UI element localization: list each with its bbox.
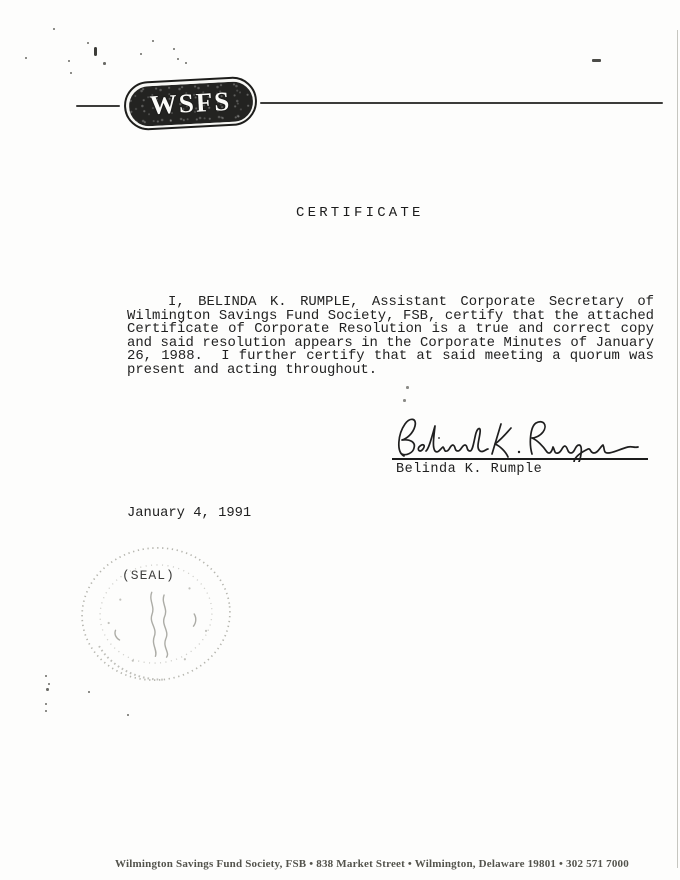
scan-speckle <box>48 683 50 685</box>
page-edge-line <box>677 30 678 868</box>
scan-speckle <box>403 399 406 402</box>
scan-speckle <box>406 386 409 389</box>
scan-speckle <box>94 47 97 56</box>
wsfs-logo: WSFS <box>123 76 258 132</box>
certificate-title: CERTIFICATE <box>296 205 424 221</box>
signature-line <box>392 458 648 460</box>
scan-speckle <box>88 691 90 693</box>
scan-dash-mark <box>592 59 601 62</box>
scan-speckle <box>185 62 187 64</box>
document-page: WSFS CERTIFICATE I, BELINDA K. RUMPLE, A… <box>0 0 680 880</box>
scan-speckle <box>173 48 175 50</box>
footer-address: Wilmington Savings Fund Society, FSB • 8… <box>98 858 646 870</box>
scan-speckle <box>152 40 154 42</box>
scan-speckle <box>45 675 47 677</box>
seal-label: (SEAL) <box>122 568 175 583</box>
scan-speckle <box>45 703 47 705</box>
scan-speckle <box>177 58 179 60</box>
scan-speckle <box>46 688 49 691</box>
signature-handwriting <box>392 414 648 462</box>
scan-speckle <box>68 60 70 62</box>
wsfs-logo-text: WSFS <box>149 88 232 119</box>
certificate-body: I, BELINDA K. RUMPLE, Assistant Corporat… <box>127 296 654 378</box>
scan-speckle <box>140 53 142 55</box>
header-rule-right <box>260 102 663 104</box>
signer-typed-name: Belinda K. Rumple <box>396 462 542 477</box>
scan-speckle <box>87 42 89 44</box>
wsfs-logo-badge: WSFS <box>128 80 254 126</box>
seal-rings <box>69 532 244 696</box>
scan-speckle <box>45 710 47 712</box>
scan-speckle <box>25 57 27 59</box>
scan-speckle <box>103 62 106 65</box>
corporate-seal <box>69 532 244 696</box>
scan-speckle <box>127 714 129 716</box>
header-rule-left <box>76 105 120 107</box>
date-line: January 4, 1991 <box>127 506 251 521</box>
scan-speckle <box>53 28 55 30</box>
scan-speckle <box>70 72 72 74</box>
